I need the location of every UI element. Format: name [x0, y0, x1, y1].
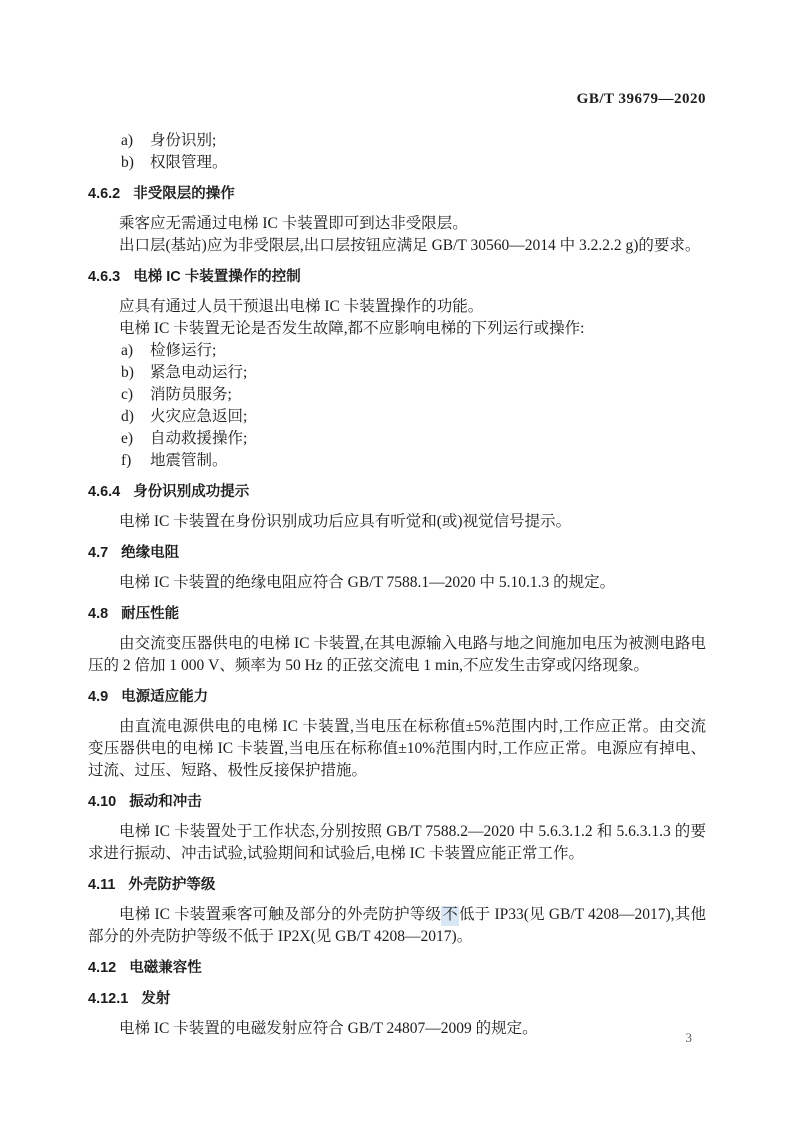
paragraph-4-6-2-2: 出口层(基站)应为非受限层,出口层按钮应满足 GB/T 30560—2014 中…: [88, 235, 706, 257]
clause-title: 绝缘电阻: [121, 545, 179, 561]
list-item-text: 火灾应急返回;: [150, 406, 247, 428]
list-item-marker: e): [121, 428, 150, 450]
clause-heading-4-6-3: 4.6.3电梯 IC 卡装置操作的控制: [88, 266, 706, 288]
clause-heading-4-6-4: 4.6.4身份识别成功提示: [88, 481, 706, 503]
clause-title: 身份识别成功提示: [133, 484, 249, 500]
clause-number: 4.8: [88, 606, 108, 622]
list-item-text: 自动救援操作;: [150, 428, 247, 450]
paragraph-4-6-2-1: 乘客应无需通过电梯 IC 卡装置即可到达非受限层。: [88, 213, 706, 235]
clause-number: 4.6.4: [88, 484, 120, 500]
clause-title: 电源适应能力: [121, 689, 208, 705]
paragraph-4-11: 电梯 IC 卡装置乘客可触及部分的外壳防护等级不低于 IP33(见 GB/T 4…: [88, 904, 706, 948]
list-4-6-3: a) 检修运行; b) 紧急电动运行; c) 消防员服务; d) 火灾应急返回;…: [88, 340, 706, 472]
clause-heading-4-7: 4.7绝缘电阻: [88, 542, 706, 564]
clause-heading-4-11: 4.11外壳防护等级: [88, 874, 706, 896]
list-item: f) 地震管制。: [88, 450, 706, 472]
list-item-text: 消防员服务;: [150, 384, 232, 406]
clause-title: 电磁兼容性: [129, 960, 202, 976]
list-item-marker: a): [121, 130, 150, 152]
list-item-marker: b): [121, 362, 150, 384]
clause-number: 4.10: [88, 794, 116, 810]
clause-heading-4-10: 4.10振动和冲击: [88, 791, 706, 813]
clause-number: 4.6.3: [88, 269, 120, 285]
paragraph-4-9: 由直流电源供电的电梯 IC 卡装置,当电压在标称值±5%范围内时,工作应正常。由…: [88, 716, 706, 782]
list-item-marker: b): [121, 152, 150, 174]
list-item-text: 检修运行;: [150, 340, 216, 362]
list-item: d) 火灾应急返回;: [88, 406, 706, 428]
clause-number: 4.12.1: [88, 991, 128, 1007]
list-item-text: 紧急电动运行;: [150, 362, 247, 384]
paragraph-4-8: 由交流变压器供电的电梯 IC 卡装置,在其电源输入电路与地之间施加电压为被测电路…: [88, 633, 706, 677]
list-item: b) 紧急电动运行;: [88, 362, 706, 384]
clause-number: 4.9: [88, 689, 108, 705]
highlighted-text: 不: [441, 906, 459, 926]
page-number: 3: [686, 1030, 693, 1046]
clause-title: 非受限层的操作: [133, 186, 235, 202]
clause-title: 外壳防护等级: [128, 877, 215, 893]
list-item-marker: f): [121, 450, 150, 472]
document-page: GB/T 39679—2020 a) 身份识别; b) 权限管理。 4.6.2非…: [0, 0, 794, 1123]
list-item: a) 检修运行;: [88, 340, 706, 362]
clause-heading-4-6-2: 4.6.2非受限层的操作: [88, 183, 706, 205]
paragraph-4-6-4: 电梯 IC 卡装置在身份识别成功后应具有听觉和(或)视觉信号提示。: [88, 511, 706, 533]
list-item: b) 权限管理。: [88, 152, 706, 174]
clause-heading-4-12: 4.12电磁兼容性: [88, 957, 706, 979]
list-item-text: 地震管制。: [150, 450, 228, 472]
clause-title: 耐压性能: [121, 606, 179, 622]
standard-number-header: GB/T 39679—2020: [88, 88, 706, 110]
list-item: e) 自动救援操作;: [88, 428, 706, 450]
clause-number: 4.7: [88, 545, 108, 561]
page-content: GB/T 39679—2020 a) 身份识别; b) 权限管理。 4.6.2非…: [88, 88, 706, 1040]
list-item: a) 身份识别;: [88, 130, 706, 152]
paragraph-4-10: 电梯 IC 卡装置处于工作状态,分别按照 GB/T 7588.2—2020 中 …: [88, 821, 706, 865]
clause-title: 振动和冲击: [129, 794, 202, 810]
list-item-marker: d): [121, 406, 150, 428]
list-item-marker: c): [121, 384, 150, 406]
list-item: c) 消防员服务;: [88, 384, 706, 406]
paragraph-4-6-3-2: 电梯 IC 卡装置无论是否发生故障,都不应影响电梯的下列运行或操作:: [88, 318, 706, 340]
clause-number: 4.12: [88, 960, 116, 976]
list-item-text: 身份识别;: [150, 130, 216, 152]
clause-heading-4-9: 4.9电源适应能力: [88, 686, 706, 708]
clause-heading-4-12-1: 4.12.1发射: [88, 988, 706, 1010]
list-item-marker: a): [121, 340, 150, 362]
clause-number: 4.6.2: [88, 186, 120, 202]
paragraph-4-7: 电梯 IC 卡装置的绝缘电阻应符合 GB/T 7588.1—2020 中 5.1…: [88, 572, 706, 594]
list-item-text: 权限管理。: [150, 152, 228, 174]
clause-title: 电梯 IC 卡装置操作的控制: [133, 269, 301, 285]
list-4-6-1: a) 身份识别; b) 权限管理。: [88, 130, 706, 174]
clause-title: 发射: [141, 991, 170, 1007]
clause-heading-4-8: 4.8耐压性能: [88, 603, 706, 625]
paragraph-4-12-1: 电梯 IC 卡装置的电磁发射应符合 GB/T 24807—2009 的规定。: [88, 1018, 706, 1040]
paragraph-4-6-3-1: 应具有通过人员干预退出电梯 IC 卡装置操作的功能。: [88, 296, 706, 318]
clause-number: 4.11: [88, 877, 115, 893]
paragraph-text: 电梯 IC 卡装置乘客可触及部分的外壳防护等级: [119, 906, 441, 923]
